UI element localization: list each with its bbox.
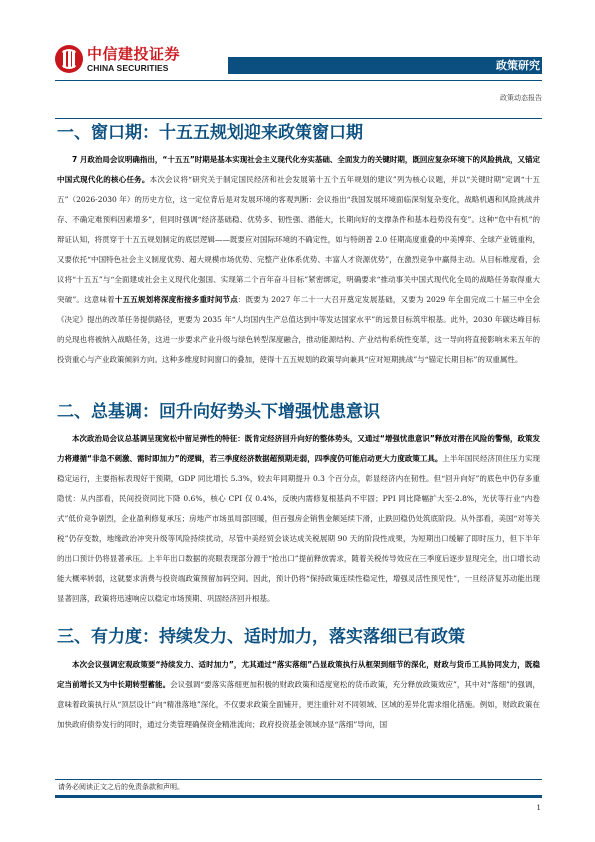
section-1-text-b: ：既要为 2027 年二十一大召开奠定发展基础，又要为 2029 年全面完成二十… [57,295,540,364]
disclaimer-note: 请务必阅读正文之后的免责条款和声明。 [58,782,184,792]
section-1-paragraph: 7 月政治局会议明确指出，“十五五”时期是基本实现社会主义现代化夯实基础、全面发… [57,150,540,370]
section-heading-2: 二、总基调：回升向好势头下增强忧患意识 [57,401,380,423]
footer-divider [55,779,542,780]
company-logo: 中信建投证券 CHINA SECURITIES [55,45,180,73]
section-1-emphasis: 十五五规划将深度衔接多重时间节点 [115,295,238,304]
category-band: 政策研究 [228,57,542,74]
header-divider [55,80,542,81]
citic-logo-icon [55,45,83,73]
section-heading-3: 三、有力度：持续发力、适时加力，落实落细已有政策 [57,626,465,648]
footer-band [55,795,542,798]
page-header: 中信建投证券 CHINA SECURITIES 政策研究 [55,45,542,81]
logo-english-name: CHINA SECURITIES [87,63,180,73]
section-3-paragraph: 本次会议强调宏观政策要“持续发力、适时加力”，尤其通过“落实落细”凸显政策执行从… [57,655,540,735]
section-heading-1: 一、窗口期：十五五规划迎来政策窗口期 [57,122,363,144]
content-top-divider [55,118,542,119]
section-2-paragraph: 本次政治局会议总基调呈现宽松中留足弹性的特征：既肯定经济回升向好的整体势头，又通… [57,429,540,609]
section-2-text: 上半年国民经济顶住压力实现稳定运行，主要指标表现好于预期，GDP 同比增长 5.… [57,454,540,603]
report-type: 政策动态报告 [500,93,542,103]
page-number: 1 [537,804,541,812]
logo-chinese-name: 中信建投证券 [87,46,180,63]
section-1-text-a: 本次会议将“研究关于制定国民经济和社会发展第十五个五年规划的建议”列为核心议题，… [57,175,540,304]
category-label: 政策研究 [496,58,540,73]
